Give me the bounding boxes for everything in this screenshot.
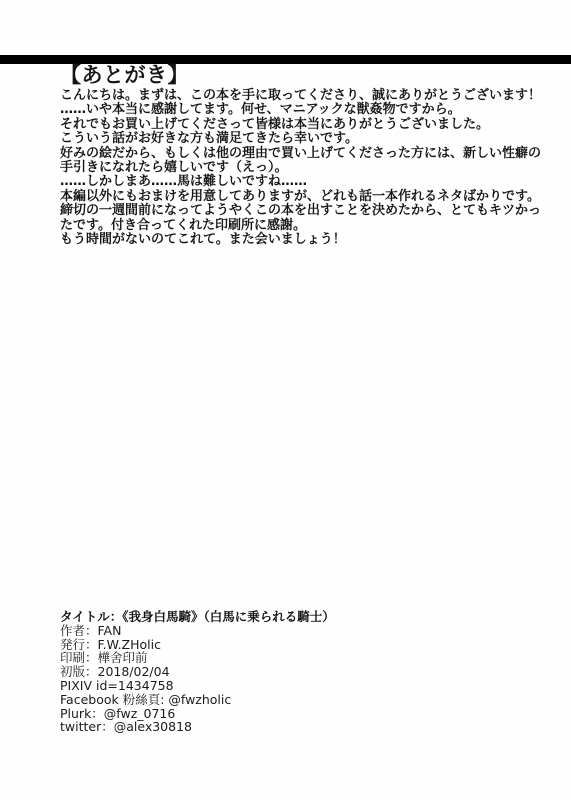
afterword-line: たです。付き合ってくれた印刷所に感謝。 <box>60 219 540 233</box>
afterword-line: もう時間がないのてこれて。また会いましょう！ <box>60 233 540 247</box>
afterword-heading: 【あとがき】 <box>60 63 540 88</box>
credits-section: タイトル：《我身白馬騎》（白馬に乗られる騎士） 作者：FAN 発行：F.W.ZH… <box>60 610 540 734</box>
credits-twitter-line: twitter：@alex30818 <box>60 720 540 734</box>
credits-plurk-line: Plurk：@fwz_0716 <box>60 707 540 721</box>
credits-printer-line: 印刷：樺舍印前 <box>60 651 540 665</box>
credits-facebook-line: Facebook 粉絲頁: @fwzholic <box>60 693 540 707</box>
afterword-line: ……いや本当に感謝してます。何せ、マニアックな獣姦物ですから。 <box>60 103 540 117</box>
afterword-line: ……しかしまあ……馬は難しいですね…… <box>60 175 540 189</box>
credits-author-line: 作者：FAN <box>60 624 540 638</box>
afterword-line: 好みの絵だから、もしくは他の理由で買い上げてくださった方には、新しい性癖の <box>60 147 540 161</box>
afterword-line: 締切の一週間前になってようやくこの本を出すことを決めたから、とてもキツかっ <box>60 204 540 218</box>
credits-pixiv-line: PIXIV id=1434758 <box>60 679 540 693</box>
afterword-section: 【あとがき】 こんにちは。まずは、この本を手に取ってくださり、誠にありがとうござ… <box>60 63 540 247</box>
afterword-line: こういう話がお好きな方も満足てきたら幸いです。 <box>60 132 540 146</box>
credits-edition-line: 初版：2018/02/04 <box>60 665 540 679</box>
credits-publisher-line: 発行：F.W.ZHolic <box>60 638 540 652</box>
credits-title-line: タイトル：《我身白馬騎》（白馬に乗られる騎士） <box>60 610 540 624</box>
afterword-page: 【あとがき】 こんにちは。まずは、この本を手に取ってくださり、誠にありがとうござ… <box>0 0 571 800</box>
